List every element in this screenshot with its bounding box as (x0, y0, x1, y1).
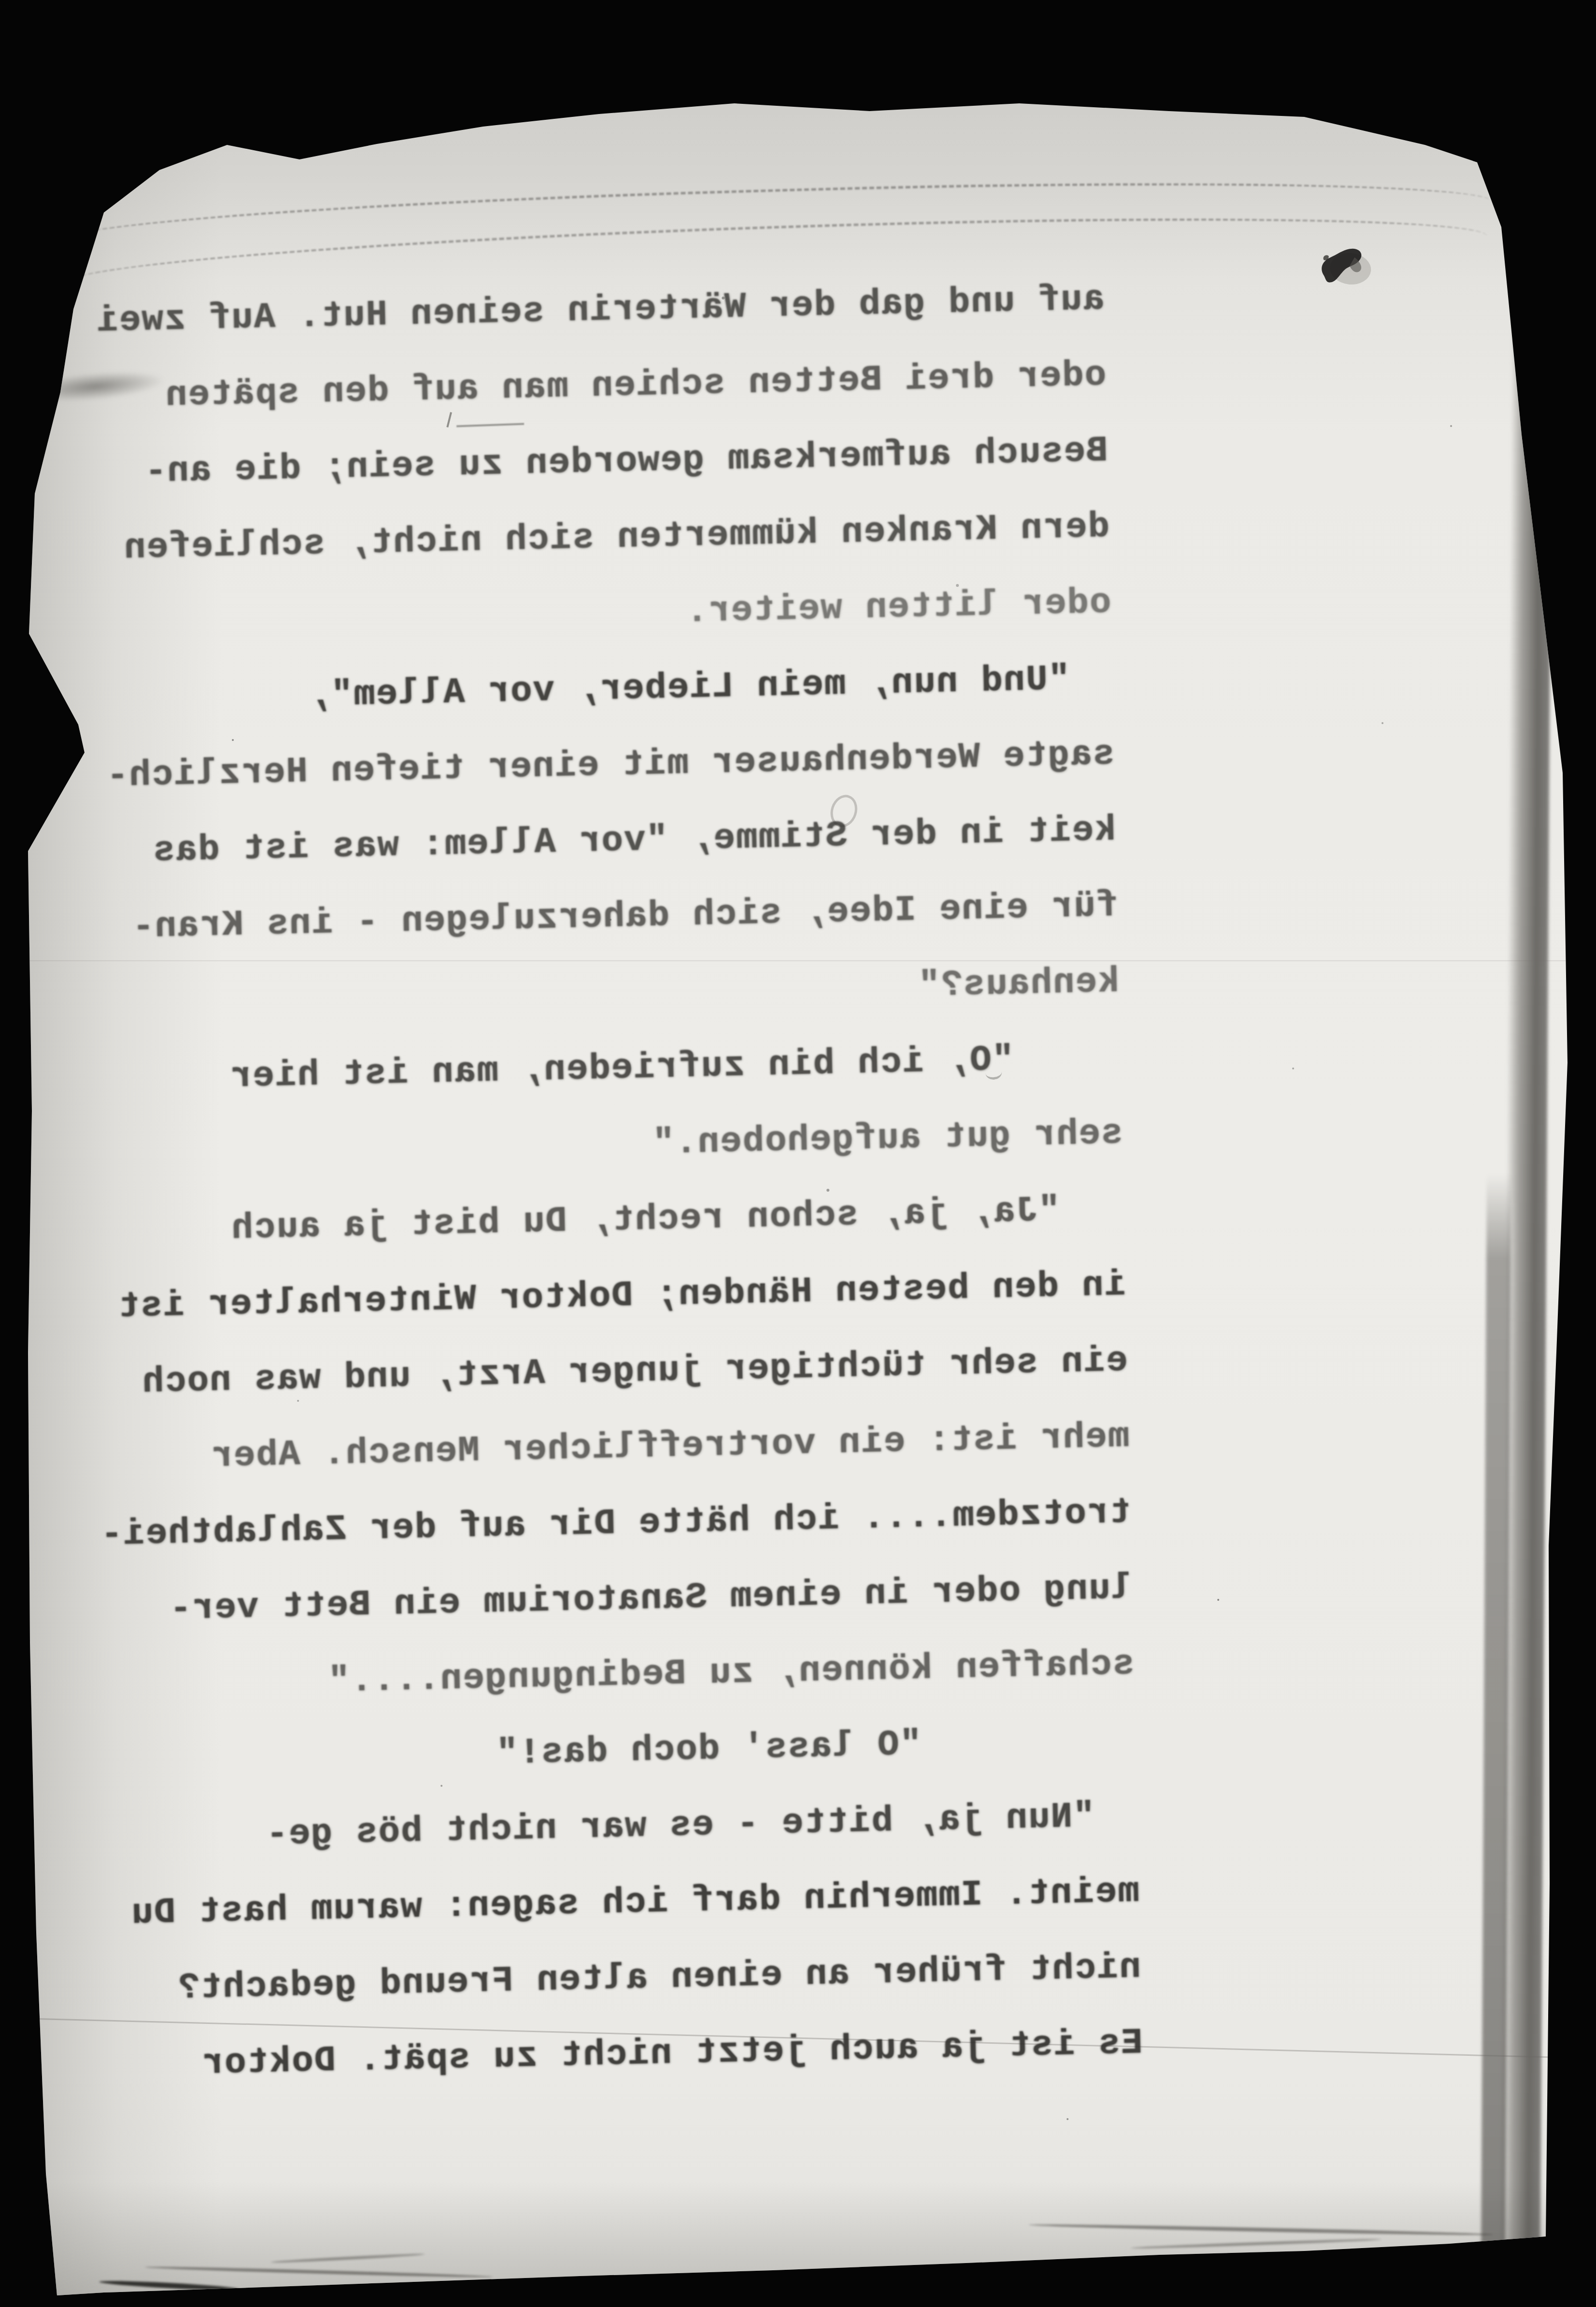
ink-blot (1309, 236, 1379, 304)
typescript-lines: auf und gab der Wärterin seinen Hut. Auf… (46, 262, 1144, 2115)
paper-sheet: auf und gab der Wärterin seinen Hut. Auf… (0, 0, 1596, 2307)
scanner-background: { "document": { "kind": "scanned typewri… (0, 0, 1596, 2307)
bottom-edge-shading (0, 2181, 1596, 2307)
typescript-text-block: auf und gab der Wärterin seinen Hut. Auf… (46, 262, 1144, 2115)
